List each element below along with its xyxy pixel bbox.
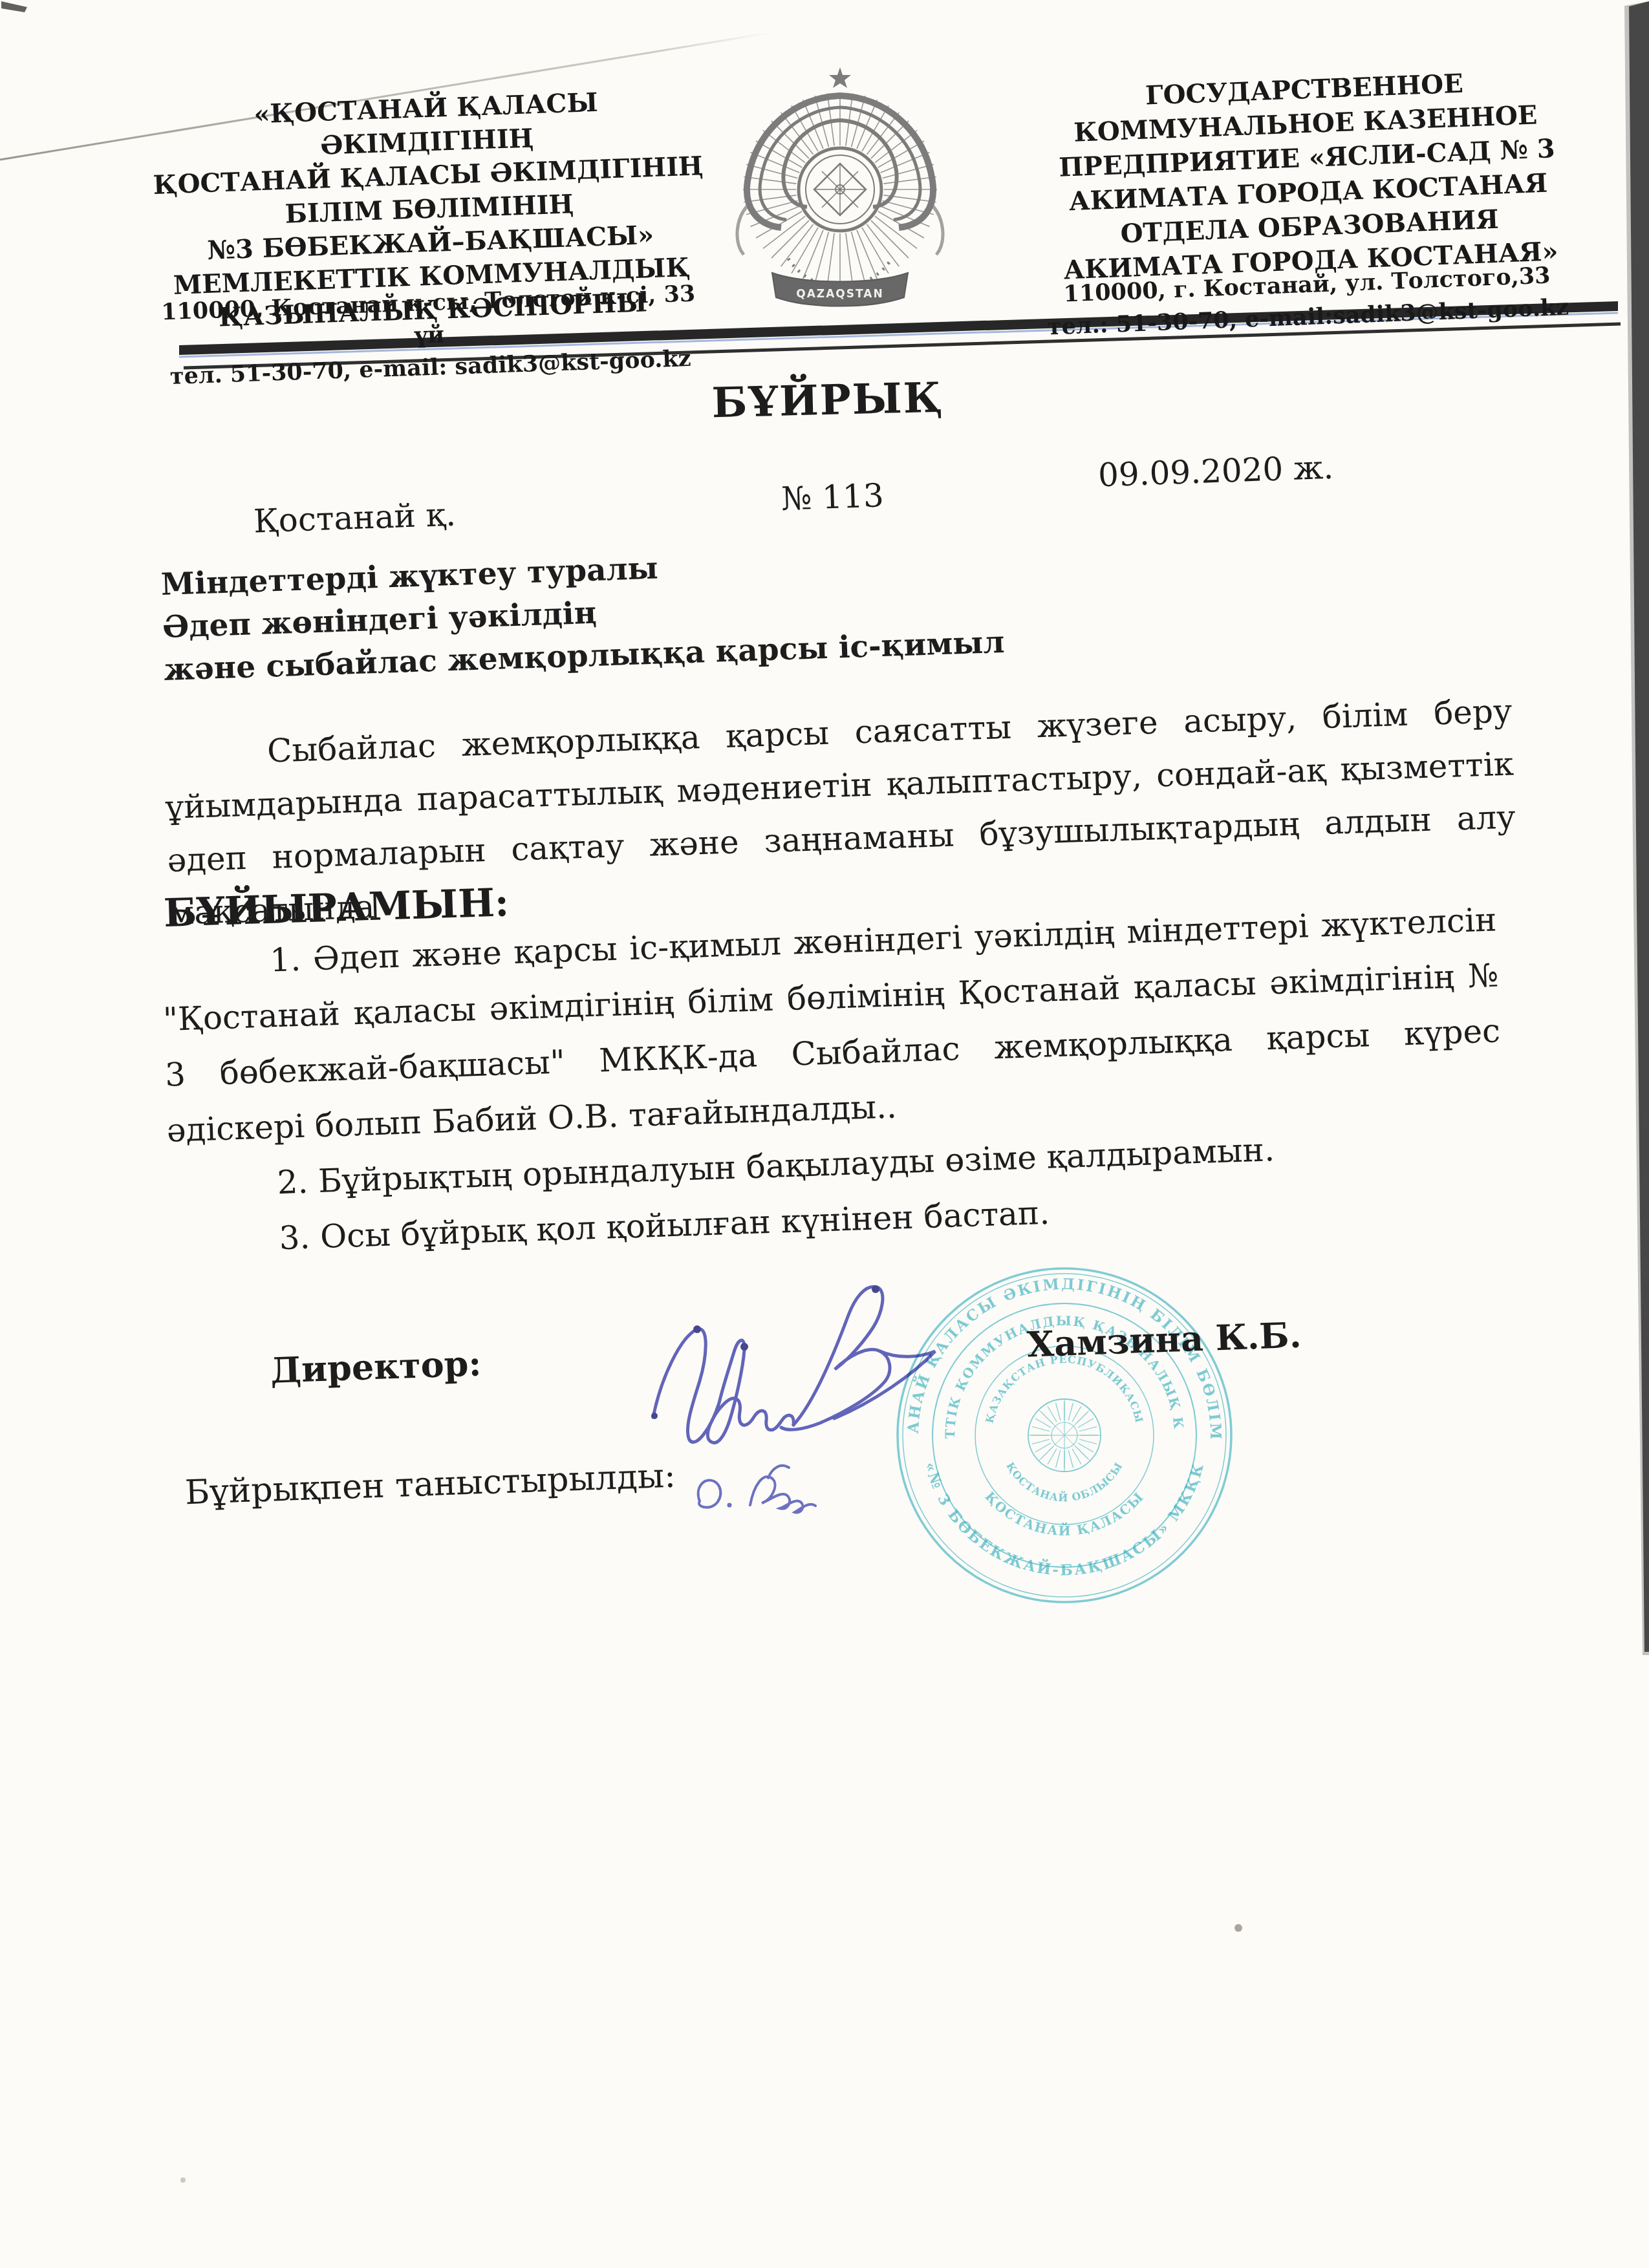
scanned-order-document: QAZAQSTAN «ҚОСТАНАЙ ҚАЛАСЫ ӘКІМДІГІНІҢҚО…: [0, 0, 1649, 2268]
corner-artifact: [1, 1, 27, 12]
scan-speck: [1234, 1924, 1242, 1932]
order-items-block: 1. Әдеп және қарсы іс-қимыл жөніндегі уә…: [160, 892, 1507, 1270]
scan-speck: [180, 2177, 186, 2183]
order-city: Қостанай қ.: [253, 496, 457, 540]
order-item: 1. Әдеп және қарсы іс-қимыл жөніндегі уә…: [160, 892, 1503, 1159]
kazakhstan-emblem-icon: QAZAQSTAN: [722, 57, 958, 336]
stamp-outer-bottom-text: «№ 3 БӨБЕКЖАЙ-БАҚШАСЫ» МКҚК: [921, 1460, 1207, 1579]
acknowledged-signature: [673, 1442, 879, 1539]
org-name-russian-block: ГОСУДАРСТВЕННОЕКОММУНАЛЬНОЕ КАЗЕННОЕПРЕД…: [1032, 62, 1583, 288]
director-signature: [621, 1254, 944, 1461]
director-label: Директор:: [270, 1342, 482, 1391]
scan-edge-shadow: [1629, 1, 1649, 1652]
order-number: № 113: [781, 476, 885, 518]
emblem-banner-text: QAZAQSTAN: [796, 288, 883, 301]
svg-text:«№ 3 БӨБЕКЖАЙ-БАҚШАСЫ» МКҚК: «№ 3 БӨБЕКЖАЙ-БАҚШАСЫ» МКҚК: [921, 1460, 1207, 1579]
org-address-kazakh-block: 110000, Қостанай қ-сы, Толстой к-сі, 33 …: [153, 277, 707, 394]
